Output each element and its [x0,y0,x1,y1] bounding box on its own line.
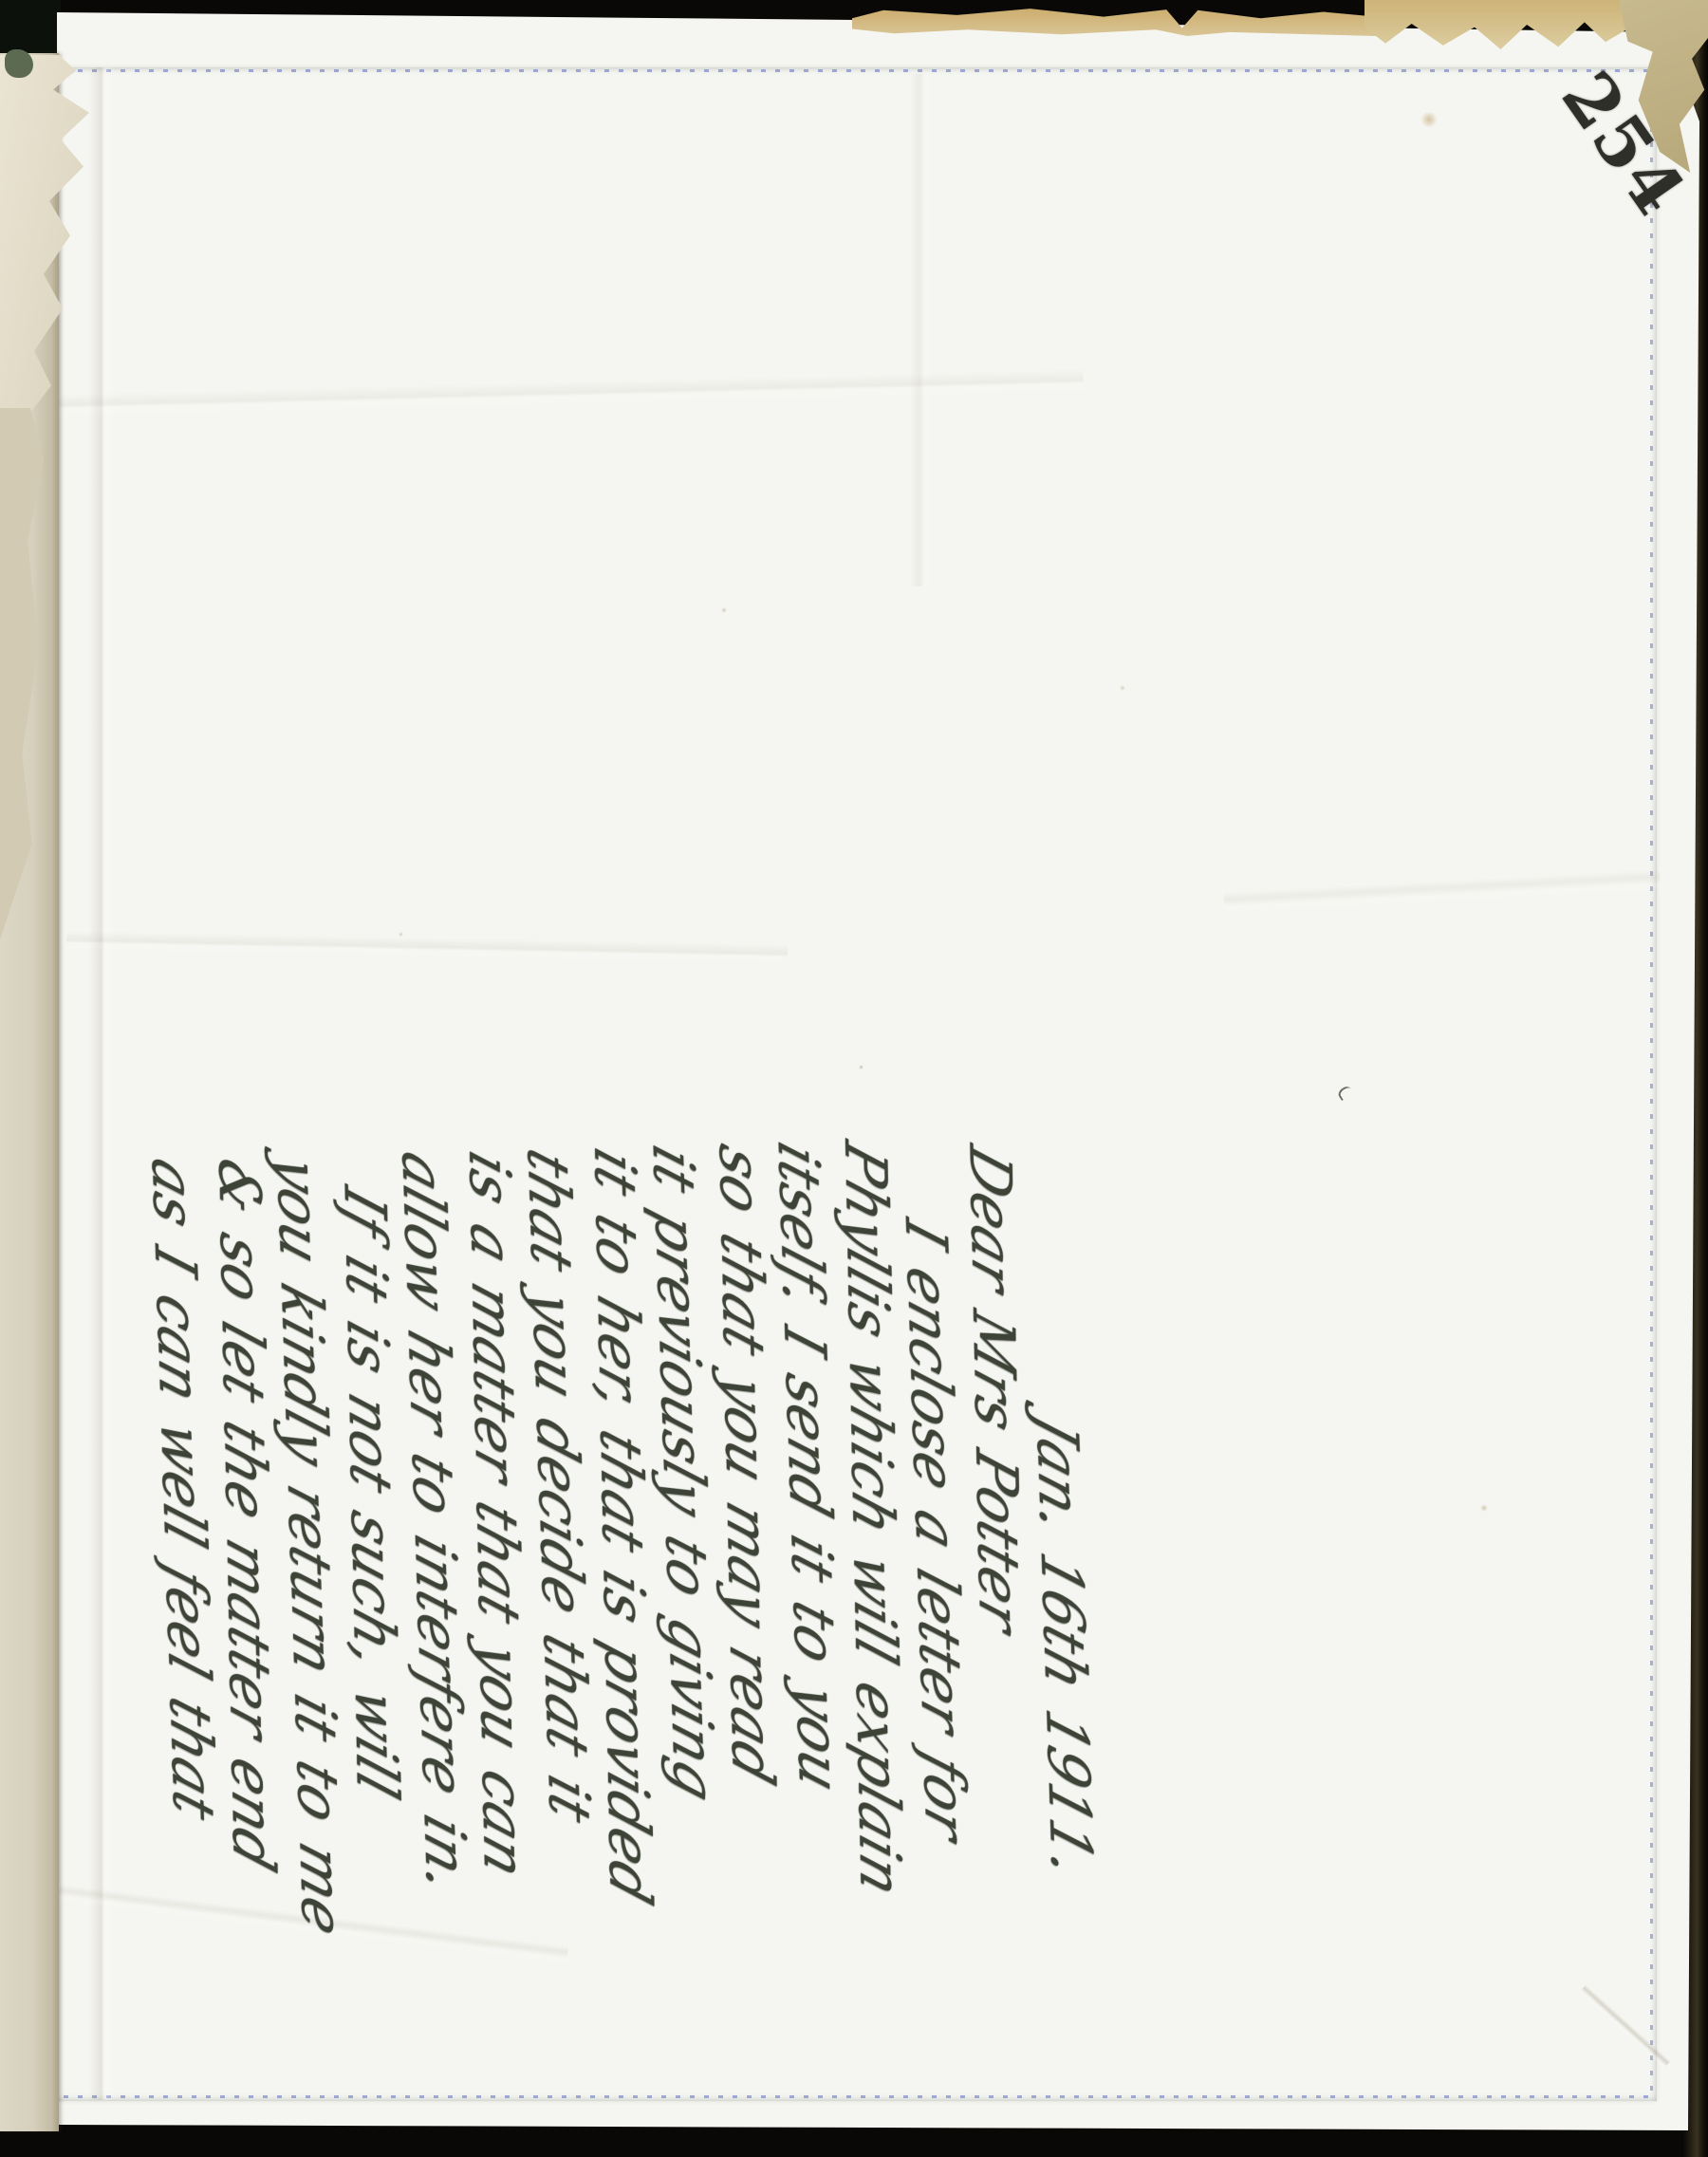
scanned-letter-page: 254 Jan. 16th 1911. Dear Mrs Potter I en… [0,0,1708,2157]
handwriting-block: Jan. 16th 1911. Dear Mrs Potter I enclos… [142,1139,1104,1999]
blue-edge-line-top [61,69,1649,72]
paper-stain [1420,112,1439,127]
paper-stain [721,607,727,613]
paper-stain [1480,1504,1488,1512]
paper-stain [859,1065,863,1069]
torn-paper-remnant-top [852,4,1376,36]
paper-stain [399,932,403,937]
blue-edge-line-bottom [61,2095,1649,2098]
binding-fragment [5,49,33,78]
paper-stain [1120,685,1125,691]
blue-edge-line-right [1650,73,1653,2093]
